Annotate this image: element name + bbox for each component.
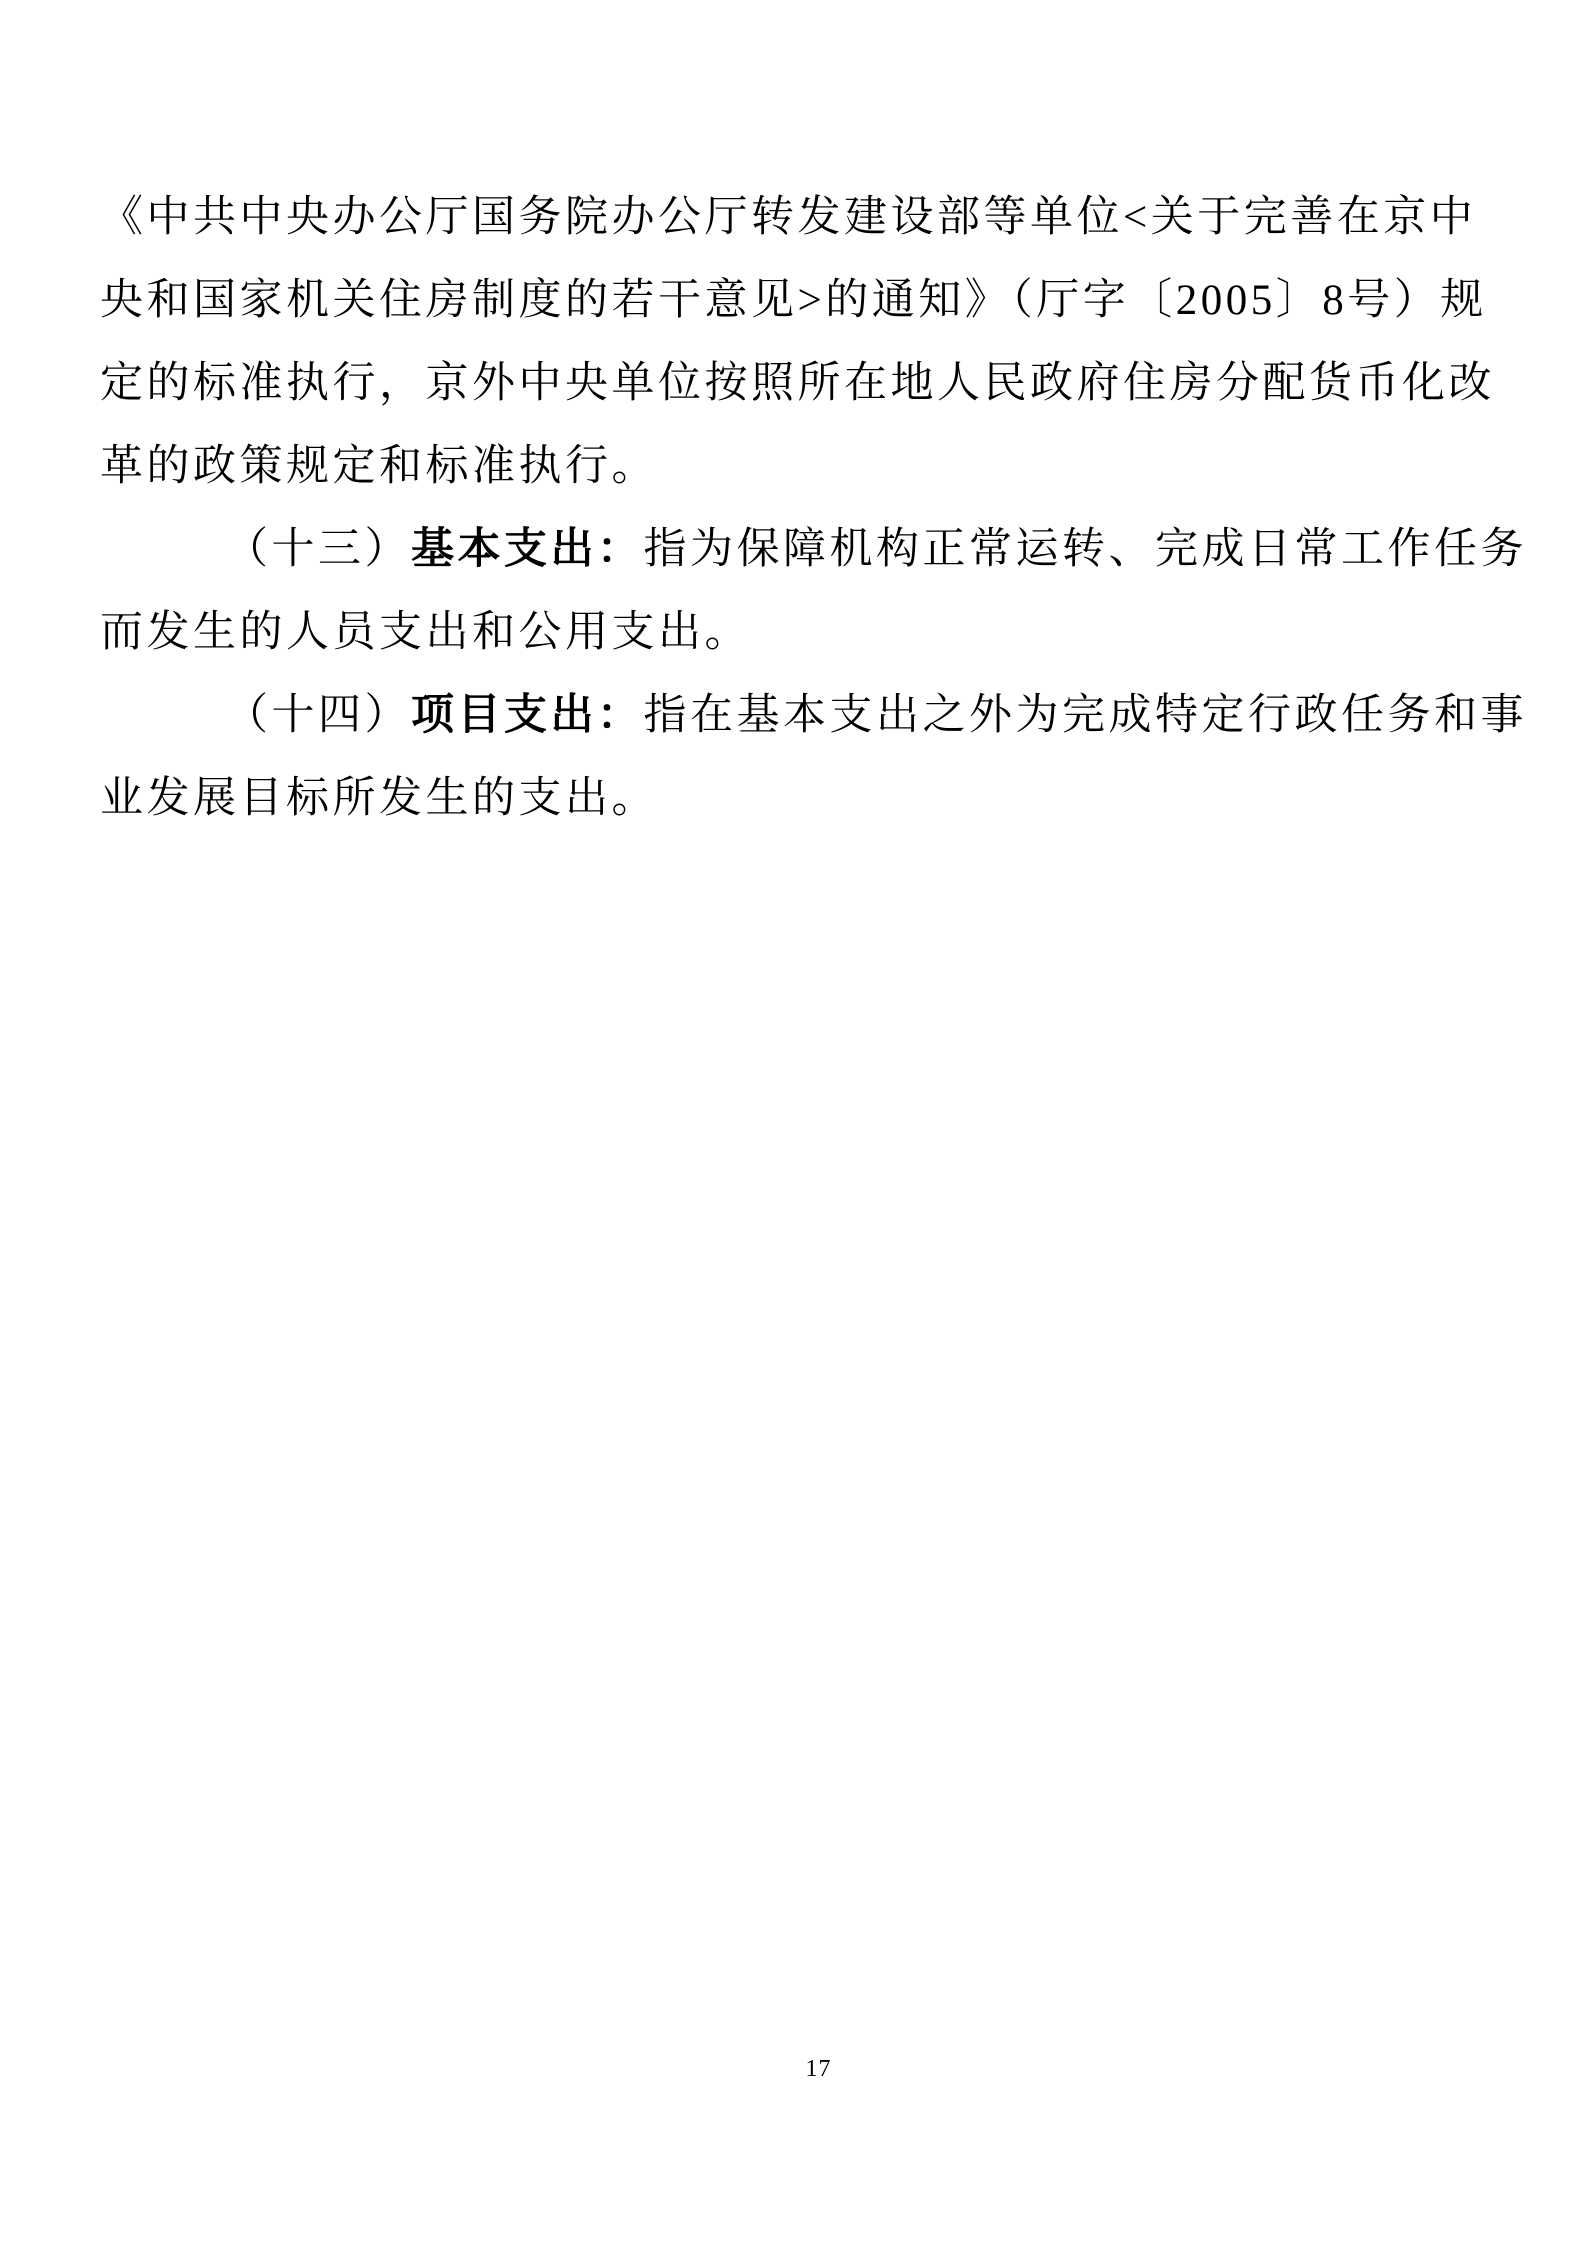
text-segment: 指为保障机构正常运转、完成日常工作任务 — [644, 526, 1528, 573]
paragraph: （十四）项目支出：指在基本支出之外为完成特定行政任务和事业发展目标所发生的支出。 — [100, 674, 1475, 840]
text-segment: 指在基本支出之外为完成特定行政任务和事 — [644, 692, 1528, 739]
text-line: （十三）基本支出：指为保障机构正常运转、完成日常工作任务 — [100, 508, 1475, 591]
text-segment: 而发生的人员支出和公用支出。 — [100, 609, 751, 656]
defined-term: 项目支出： — [411, 692, 644, 739]
defined-term: 基本支出： — [411, 526, 644, 573]
text-segment: 《中共中央办公厅国务院办公厅转发建设部等单位<关于完善在京中 — [100, 194, 1476, 241]
text-segment: 革的政策规定和标准执行。 — [100, 443, 658, 490]
paragraph: （十三）基本支出：指为保障机构正常运转、完成日常工作任务而发生的人员支出和公用支… — [100, 508, 1475, 674]
document-body: 《中共中央办公厅国务院办公厅转发建设部等单位<关于完善在京中央和国家机关住房制度… — [100, 176, 1475, 840]
text-line: 《中共中央办公厅国务院办公厅转发建设部等单位<关于完善在京中 — [100, 176, 1475, 259]
text-segment: 定的标准执行，京外中央单位按照所在地人民政府住房分配货币化改 — [100, 360, 1495, 407]
text-line: 业发展目标所发生的支出。 — [100, 757, 1475, 840]
document-page: 《中共中央办公厅国务院办公厅转发建设部等单位<关于完善在京中央和国家机关住房制度… — [0, 0, 1587, 2245]
text-line: 定的标准执行，京外中央单位按照所在地人民政府住房分配货币化改 — [100, 342, 1475, 425]
page-number: 17 — [806, 2056, 832, 2082]
text-segment: 央和国家机关住房制度的若干意见>的通知》（厅字〔2005〕8号）规 — [100, 277, 1487, 324]
text-line: 革的政策规定和标准执行。 — [100, 425, 1475, 508]
text-segment: （十四） — [225, 692, 411, 739]
text-line: 而发生的人员支出和公用支出。 — [100, 591, 1475, 674]
page-footer: 17 — [0, 2056, 1587, 2083]
text-line: （十四）项目支出：指在基本支出之外为完成特定行政任务和事 — [100, 674, 1475, 757]
text-segment: （十三） — [225, 526, 411, 573]
text-segment: 业发展目标所发生的支出。 — [100, 775, 658, 822]
paragraph: 《中共中央办公厅国务院办公厅转发建设部等单位<关于完善在京中央和国家机关住房制度… — [100, 176, 1475, 508]
text-line: 央和国家机关住房制度的若干意见>的通知》（厅字〔2005〕8号）规 — [100, 259, 1475, 342]
